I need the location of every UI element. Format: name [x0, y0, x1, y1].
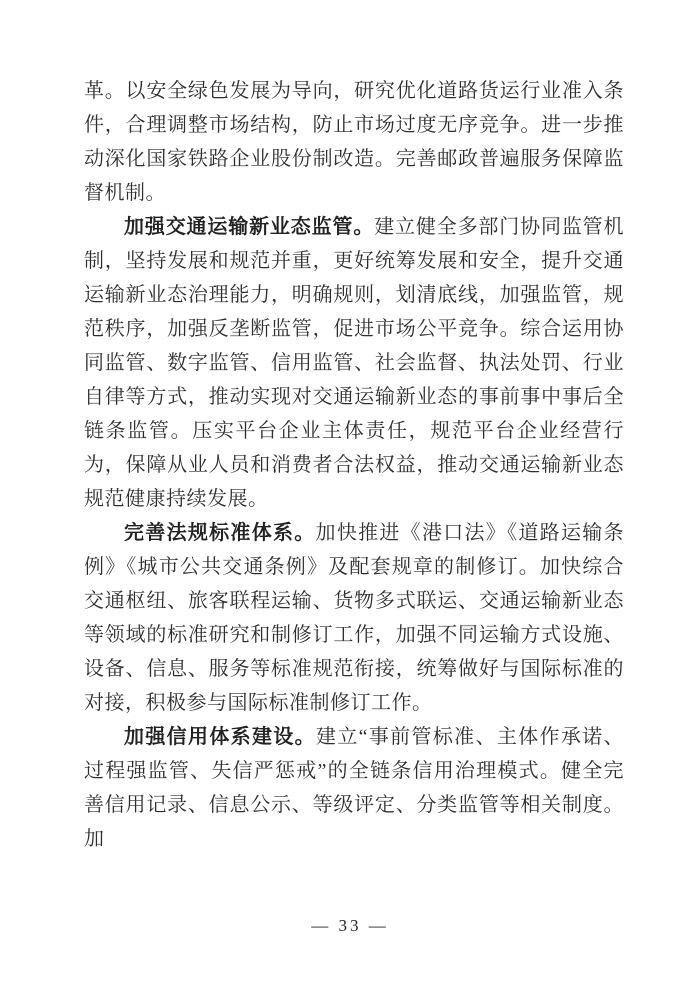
paragraph-legal-standards-system: 完善法规标准体系。加快推进《港口法》《道路运输条例》《城市公共交通条例》及配套规…	[84, 516, 624, 720]
page-number: — 33 —	[0, 916, 700, 936]
paragraph-continuation: 革。以安全绿色发展为导向，研究优化道路货运行业准入条件，合理调整市场结构，防止市…	[84, 74, 624, 210]
document-body: 革。以安全绿色发展为导向，研究优化道路货运行业准入条件，合理调整市场结构，防止市…	[84, 74, 624, 856]
paragraph-text: 加快推进《港口法》《道路运输条例》《城市公共交通条例》及配套规章的制修订。加快综…	[84, 522, 624, 714]
paragraph-text: 革。以安全绿色发展为导向，研究优化道路货运行业准入条件，合理调整市场结构，防止市…	[84, 80, 624, 204]
paragraph-lead: 完善法规标准体系。	[124, 522, 316, 544]
paragraph-lead: 加强交通运输新业态监管。	[124, 216, 374, 238]
paragraph-text: 建立健全多部门协同监管机制，坚持发展和规范并重，更好统筹发展和安全，提升交通运输…	[84, 216, 624, 510]
paragraph-lead: 加强信用体系建设。	[124, 726, 316, 748]
paragraph-credit-system: 加强信用体系建设。建立“事前管标准、主体作承诺、过程强监管、失信严惩戒”的全链条…	[84, 720, 624, 856]
document-page: 革。以安全绿色发展为导向，研究优化道路货运行业准入条件，合理调整市场结构，防止市…	[0, 0, 700, 990]
paragraph-new-business-regulation: 加强交通运输新业态监管。建立健全多部门协同监管机制，坚持发展和规范并重，更好统筹…	[84, 210, 624, 516]
